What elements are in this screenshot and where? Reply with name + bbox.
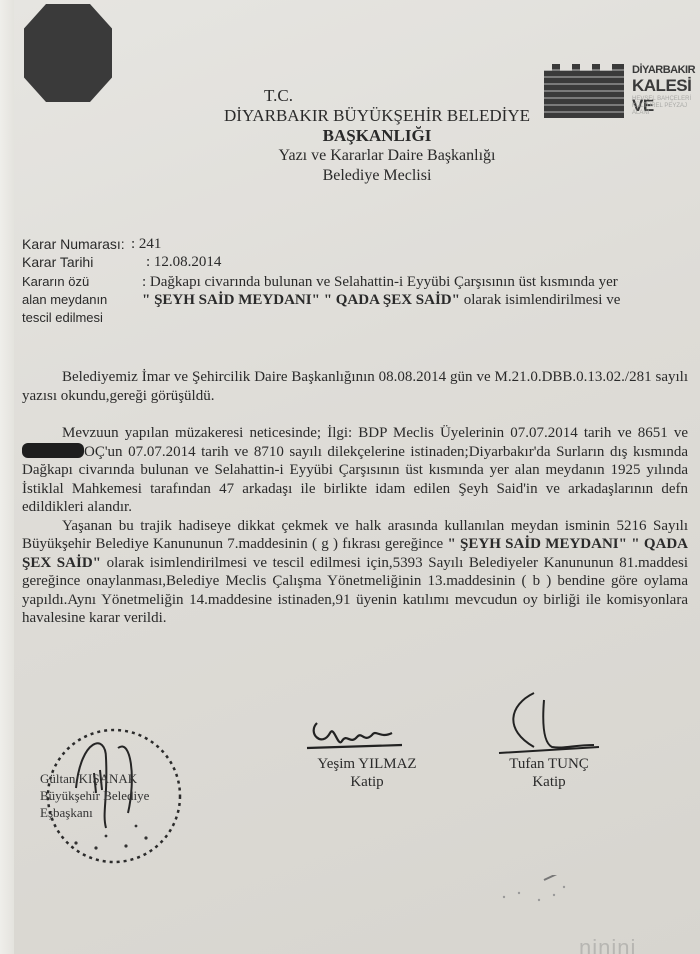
logo-line-1: DİYARBAKIR	[632, 64, 695, 76]
signature-scribble-1	[302, 703, 412, 763]
decision-number-label: Karar Numarası:	[22, 235, 142, 253]
header-council: Belediye Meclisi	[14, 166, 700, 186]
decision-summary: Kararın özü: Dağkapı civarında bulunan v…	[22, 273, 692, 327]
document-header: T.C. DİYARBAKIR BÜYÜKŞEHİR BELEDİYE BAŞK…	[14, 86, 700, 186]
paper-edge	[0, 0, 14, 954]
summary-line-2-rest: olarak isimlendirilmesi ve	[464, 292, 621, 308]
stamp-line-2: Büyükşehir Belediye	[40, 787, 149, 804]
paragraph-3: Yaşanan bu trajik hadiseye dikkat çekmek…	[22, 517, 688, 628]
clerk-2-title: Katip	[494, 773, 604, 791]
decision-number-value: : 241	[127, 235, 161, 253]
clerk-1-title: Katip	[297, 773, 437, 791]
signature-scribble-2	[494, 685, 604, 760]
decision-date-value: : 12.08.2014	[142, 253, 221, 271]
header-department: Yazı ve Kararlar Daire Başkanlığı	[14, 146, 700, 166]
paragraph-3-name-1: " ŞEYH SAİD MEYDANI"	[447, 536, 627, 552]
header-municipality: DİYARBAKIR BÜYÜKŞEHİR BELEDİYE	[14, 106, 700, 126]
signature-clerk-1: Yeşim YILMAZ Katip	[297, 755, 437, 791]
paragraph-2: Mevzuun yapılan müzakeresi neticesinde; …	[22, 424, 688, 517]
summary-name-2: " QADA ŞEX SAİD"	[324, 292, 460, 308]
faint-stamp-mark	[484, 875, 584, 915]
summary-label: Kararın özü	[22, 273, 142, 291]
summary-label-2: alan meydanın	[22, 291, 142, 309]
header-presidency: BAŞKANLIĞI	[14, 126, 700, 146]
decision-date-row: Karar Tarihi : 12.08.2014	[22, 253, 221, 271]
paragraph-2-part-b: OÇ'un 07.07.2014 tarih ve 8710 sayılı di…	[22, 444, 688, 516]
signature-clerk-2: Tufan TUNÇ Katip	[494, 755, 604, 791]
paragraph-1: Belediyemiz İmar ve Şehircilik Daire Baş…	[22, 368, 688, 405]
decision-meta: Karar Numarası: : 241 Karar Tarihi : 12.…	[22, 235, 221, 271]
decision-number-row: Karar Numarası: : 241	[22, 235, 221, 253]
paragraph-2-part-a: Mevzuun yapılan müzakeresi neticesinde; …	[62, 425, 688, 441]
stamp-line-1: Gültan KIŞANAK	[40, 770, 149, 787]
summary-line-3: tescil edilmesi	[22, 309, 142, 327]
paragraph-3-part-b: olarak isimlendirilmesi ve tescil edilme…	[22, 555, 688, 627]
decision-body: Belediyemiz İmar ve Şehircilik Daire Baş…	[22, 368, 688, 628]
header-tc: T.C.	[14, 86, 700, 106]
document-page: DİYARBAKIR KALESİ VE HEVSEL BAHÇELERİ KÜ…	[14, 0, 700, 954]
redacted-name	[22, 443, 84, 458]
summary-name-1: " ŞEYH SAİD MEYDANI"	[142, 292, 320, 308]
summary-line-1: : Dağkapı civarında bulunan ve Selahatti…	[142, 274, 618, 290]
decision-date-label: Karar Tarihi	[22, 253, 142, 271]
stamp-line-3: Eşbaşkanı	[40, 804, 149, 821]
stamp-text: Gültan KIŞANAK Büyükşehir Belediye Eşbaş…	[40, 770, 149, 821]
bleed-through-text: ninini	[579, 935, 636, 954]
